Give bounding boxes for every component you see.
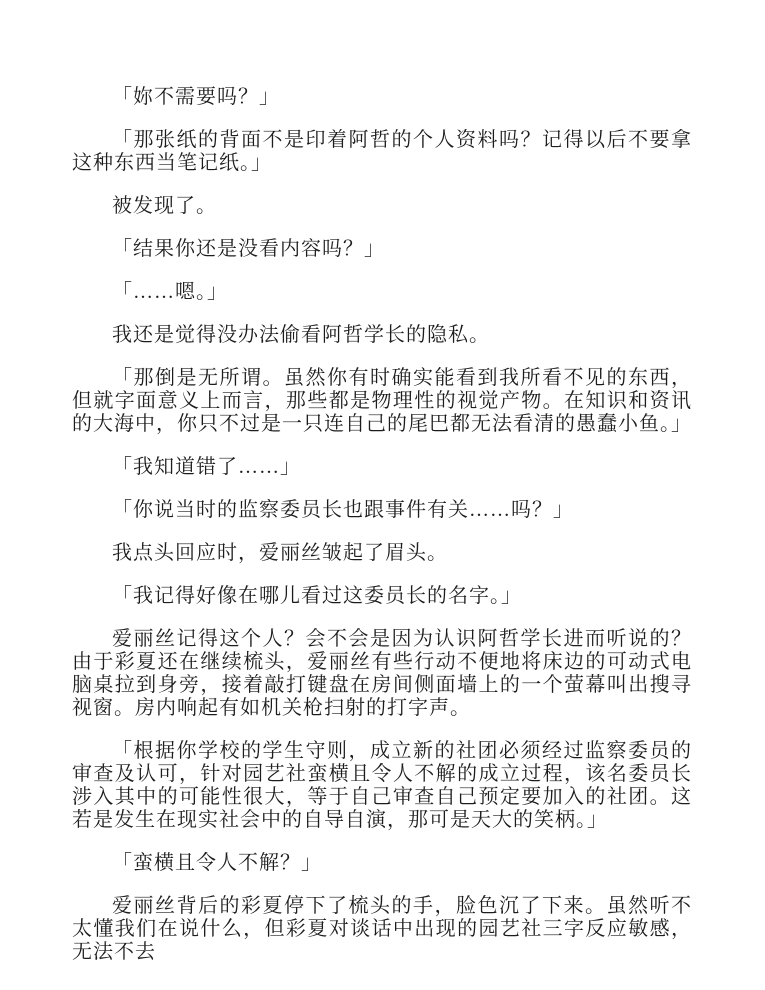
- paragraph: 「结果你还是没看内容吗？」: [72, 238, 692, 261]
- paragraph: 「我记得好像在哪儿看过这委员长的名字。」: [72, 585, 692, 608]
- paragraph: 「你说当时的监察委员长也跟事件有关……吗？」: [72, 499, 692, 522]
- paragraph: 我点头回应时，爱丽丝皱起了眉头。: [72, 542, 692, 565]
- paragraph: 「妳不需要吗？」: [72, 86, 692, 109]
- paragraph: 「我知道错了……」: [72, 456, 692, 479]
- paragraph: 我还是觉得没办法偷看阿哲学长的隐私。: [72, 324, 692, 347]
- paragraph: 爱丽丝背后的彩夏停下了梳头的手，脸色沉了下来。虽然听不太懂我们在说什么，但彩夏对…: [72, 895, 692, 964]
- paragraph: 「蛮横且令人不解？」: [72, 852, 692, 875]
- paragraph: 「根据你学校的学生守则，成立新的社团必须经过监察委员的审查及认可，针对园艺社蛮横…: [72, 740, 692, 832]
- novel-page: 「妳不需要吗？」 「那张纸的背面不是印着阿哲的个人资料吗？记得以后不要拿这种东西…: [0, 0, 765, 990]
- paragraph: 「那张纸的背面不是印着阿哲的个人资料吗？记得以后不要拿这种东西当笔记纸。」: [72, 129, 692, 175]
- paragraph: 「那倒是无所谓。虽然你有时确实能看到我所看不见的东西，但就字面意义上而言，那些都…: [72, 367, 692, 436]
- page-body: 「妳不需要吗？」 「那张纸的背面不是印着阿哲的个人资料吗？记得以后不要拿这种东西…: [72, 86, 692, 964]
- paragraph: 爱丽丝记得这个人？会不会是因为认识阿哲学长进而听说的？由于彩夏还在继续梳头，爱丽…: [72, 628, 692, 720]
- paragraph: 被发现了。: [72, 195, 692, 218]
- paragraph: 「……嗯。」: [72, 281, 692, 304]
